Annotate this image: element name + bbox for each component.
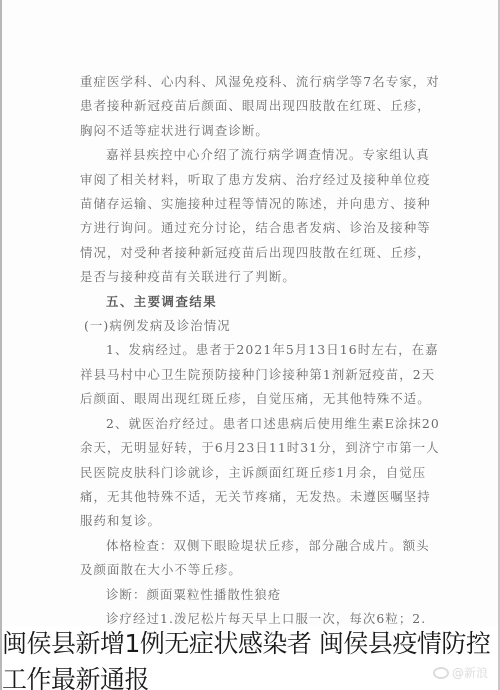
document-body: 重症医学科、心内科、风湿免疫科、流行病学等7名专家，对患者接种新冠疫苗后颜面、眼… [80, 70, 440, 631]
paragraph-exam: 体格检查：双侧下眼睑堤状丘疹，部分融合成片。额头及颜面散在大小不等丘疹。 [80, 534, 440, 583]
document-photo: 重症医学科、心内科、风湿免疫科、流行病学等7名专家，对患者接种新冠疫苗后颜面、眼… [0, 0, 500, 690]
section-heading: 五、主要调查结果 [80, 290, 440, 314]
watermark-text: @新浪 [452, 664, 488, 681]
paragraph-onset: 1、发病经过。患者于2021年5月13日16时左右，在嘉祥县马村中心卫生院预防接… [80, 338, 440, 411]
paragraph-experts: 重症医学科、心内科、风湿免疫科、流行病学等7名专家，对患者接种新冠疫苗后颜面、眼… [80, 70, 440, 143]
subsection-heading: (一)病例发病及诊治情况 [80, 314, 440, 338]
paragraph-treatment: 2、就医治疗经过。患者口述患病后使用维生素E涂抹20余天，无明显好转，于6月23… [80, 412, 440, 534]
article-headline: 闽侯县新增1例无症状感染者 闽侯县疫情防控工作最新通报 [2, 626, 498, 690]
watermark: @新浪 [433, 664, 488, 681]
paragraph-investigation: 嘉祥县疾控中心介绍了流行病学调查情况。专家组认真审阅了相关材料，听取了患方发病、… [80, 143, 440, 289]
weibo-icon [433, 667, 449, 679]
paragraph-diagnosis: 诊断：颜面粟粒性播散性狼疮 [80, 583, 440, 607]
